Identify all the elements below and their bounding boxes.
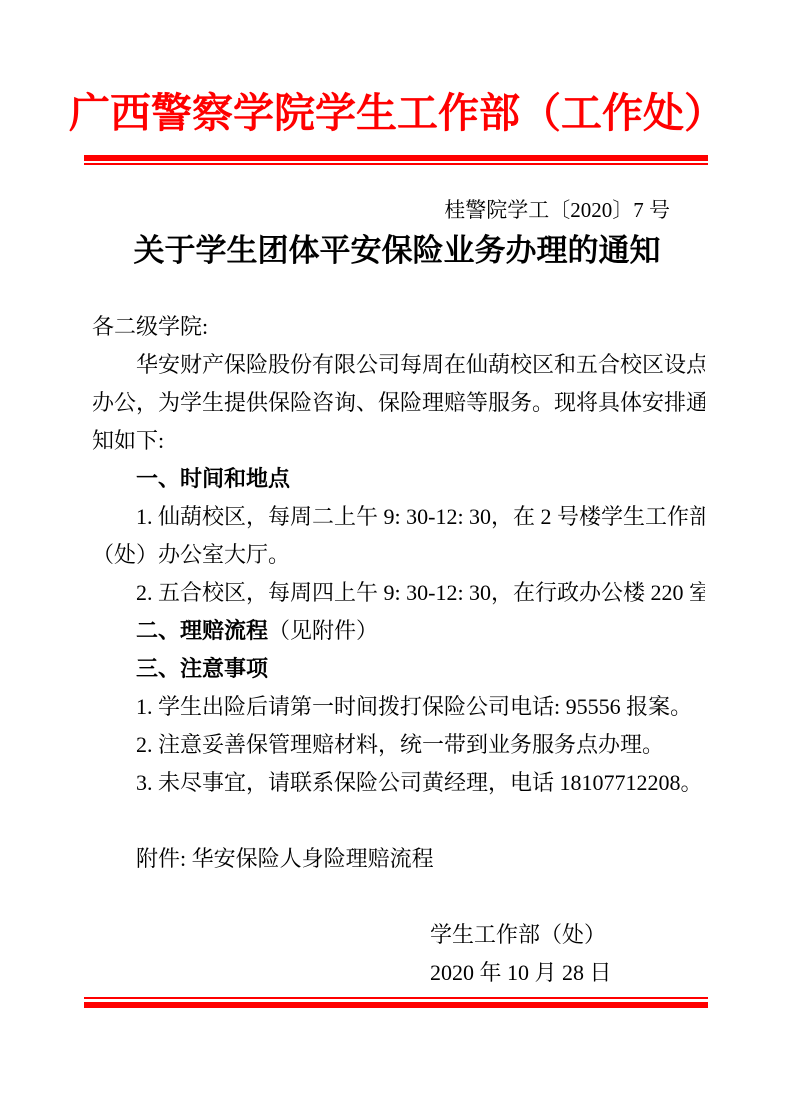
- spacer-line: [92, 878, 705, 916]
- section-2-heading: 二、理赔流程: [136, 618, 268, 643]
- signature-department: 学生工作部（处）: [92, 916, 705, 954]
- spacer-line: [92, 802, 705, 840]
- section-3-item-1: 1. 学生出险后请第一时间拨打保险公司电话: 95556 报案。: [92, 688, 705, 726]
- attachment-note: 附件: 华安保险人身险理赔流程: [92, 840, 705, 878]
- section-1-item-1-line-1: 1. 仙葫校区，每周二上午 9: 30-12: 30，在 2 号楼学生工作部: [92, 498, 705, 536]
- document-body: 各二级学院: 华安财产保险股份有限公司每周在仙葫校区和五合校区设点 办公，为学生…: [92, 308, 705, 992]
- letterhead-org-title: 广西警察学院学生工作部（工作处）: [0, 88, 794, 138]
- section-1-heading: 一、时间和地点: [92, 460, 705, 498]
- section-3-item-2: 2. 注意妥善保管理赔材料，统一带到业务服务点办理。: [92, 726, 705, 764]
- divider-thick-bar: [84, 155, 708, 161]
- document-title: 关于学生团体平安保险业务办理的通知: [0, 231, 794, 271]
- section-1-item-2: 2. 五合校区，每周四上午 9: 30-12: 30，在行政办公楼 220 室。: [92, 574, 705, 612]
- footer-divider-line: [84, 997, 708, 1008]
- section-2-heading-suffix: （见附件）: [268, 618, 378, 643]
- section-2-heading-line: 二、理赔流程（见附件）: [92, 612, 705, 650]
- document-page: 广西警察学院学生工作部（工作处） 桂警院学工〔2020〕7 号 关于学生团体平安…: [0, 0, 794, 1108]
- section-3-item-3: 3. 未尽事宜，请联系保险公司黄经理，电话 18107712208。: [92, 764, 705, 802]
- divider-thin-bar: [84, 997, 708, 999]
- intro-line-2: 办公，为学生提供保险咨询、保险理赔等服务。现将具体安排通: [92, 384, 705, 422]
- divider-thick-bar: [84, 1002, 708, 1008]
- intro-line-3: 知如下:: [92, 422, 705, 460]
- salutation: 各二级学院:: [92, 308, 705, 346]
- section-1-item-1-line-2: （处）办公室大厅。: [92, 536, 705, 574]
- divider-thin-bar: [84, 163, 708, 165]
- intro-line-1: 华安财产保险股份有限公司每周在仙葫校区和五合校区设点: [92, 346, 705, 384]
- letterhead-divider-line: [84, 155, 708, 165]
- signature-date: 2020 年 10 月 28 日: [92, 954, 705, 992]
- section-3-heading: 三、注意事项: [92, 650, 705, 688]
- document-number: 桂警院学工〔2020〕7 号: [84, 197, 670, 223]
